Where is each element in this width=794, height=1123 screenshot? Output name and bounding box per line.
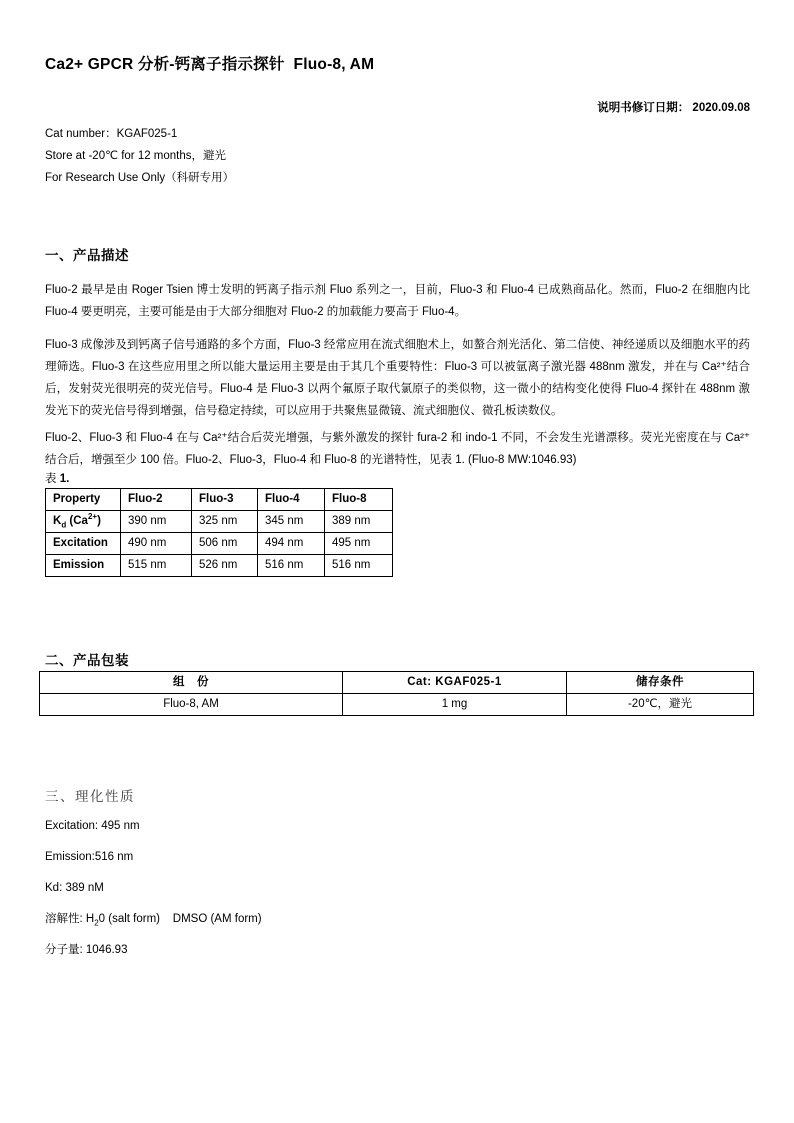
table1-excitation-fluo4: 494 nm — [258, 533, 325, 555]
kd-label-superscript: 2+ — [88, 512, 97, 521]
table-row: Emission 515 nm 526 nm 516 nm 516 nm — [46, 555, 393, 577]
phys-solubility: 溶解性: H20 (salt form) DMSO (AM form) — [45, 912, 750, 927]
table1-header-fluo4: Fluo-4 — [258, 489, 325, 511]
section2-heading: 二、产品包装 — [45, 651, 750, 670]
table1-header-fluo3: Fluo-3 — [192, 489, 258, 511]
table2-storage: -20℃，避光 — [567, 694, 754, 716]
table1-caption: 表 1. — [45, 472, 750, 487]
table2-amount: 1 mg — [343, 694, 567, 716]
document-page: Ca2+ GPCR 分析-钙离子指示探针 Fluo-8, AM 说明书修订日期：… — [0, 0, 794, 1123]
phys-emission: Emission:516 nm — [45, 850, 750, 865]
table1-emission-label: Emission — [46, 555, 121, 577]
table-row: Property Fluo-2 Fluo-3 Fluo-4 Fluo-8 — [46, 489, 393, 511]
table1-caption-prefix: 表 — [45, 473, 60, 485]
table-row: Kd (Ca2+) 390 nm 325 nm 345 nm 389 nm — [46, 511, 393, 533]
product-meta: Cat number：KGAF025-1 Store at -20℃ for 1… — [45, 123, 750, 189]
table2-header-component: 组 份 — [40, 672, 343, 694]
table1-header-fluo8: Fluo-8 — [325, 489, 393, 511]
section1-paragraph-2: Fluo-3 成像涉及到钙离子信号通路的多个方面，Fluo-3 经常应用在流式细… — [45, 334, 750, 422]
page-title: Ca2+ GPCR 分析-钙离子指示探针 Fluo-8, AM — [45, 0, 750, 76]
table2-component: Fluo-8, AM — [40, 694, 343, 716]
research-use-only: For Research Use Only（科研专用） — [45, 167, 750, 189]
spectral-properties-table: Property Fluo-2 Fluo-3 Fluo-4 Fluo-8 Kd … — [45, 488, 393, 577]
section1-heading: 一、产品描述 — [45, 246, 750, 266]
table-row: Excitation 490 nm 506 nm 494 nm 495 nm — [46, 533, 393, 555]
table1-header-property: Property — [46, 489, 121, 511]
solubility-rest: 0 (salt form) DMSO (AM form) — [99, 913, 262, 925]
table1-excitation-fluo8: 495 nm — [325, 533, 393, 555]
table1-emission-fluo3: 526 nm — [192, 555, 258, 577]
kd-label-mid: (Ca — [66, 515, 88, 527]
section1-paragraph-1: Fluo-2 最早是由 Roger Tsien 博士发明的钙离子指示剂 Fluo… — [45, 279, 750, 323]
table1-excitation-fluo2: 490 nm — [121, 533, 192, 555]
packaging-table: 组 份 Cat: KGAF025-1 储存条件 Fluo-8, AM 1 mg … — [39, 671, 754, 716]
table1-caption-number: 1. — [60, 473, 70, 485]
table1-emission-fluo4: 516 nm — [258, 555, 325, 577]
table1-excitation-label: Excitation — [46, 533, 121, 555]
phys-excitation: Excitation: 495 nm — [45, 819, 750, 834]
table1-excitation-fluo3: 506 nm — [192, 533, 258, 555]
cat-number: Cat number：KGAF025-1 — [45, 123, 750, 145]
phys-kd: Kd: 389 nM — [45, 881, 750, 896]
solubility-prefix: 溶解性: H — [45, 913, 94, 925]
table1-kd-fluo2: 390 nm — [121, 511, 192, 533]
table2-header-cat: Cat: KGAF025-1 — [343, 672, 567, 694]
table1-header-fluo2: Fluo-2 — [121, 489, 192, 511]
table1-emission-fluo8: 516 nm — [325, 555, 393, 577]
table1-emission-fluo2: 515 nm — [121, 555, 192, 577]
table-row: Fluo-8, AM 1 mg -20℃，避光 — [40, 694, 754, 716]
kd-label-end: ) — [97, 515, 101, 527]
table1-kd-label: Kd (Ca2+) — [46, 511, 121, 533]
section1-paragraph-3: Fluo-2、Fluo-3 和 Fluo-4 在与 Ca²⁺结合后荧光增强，与紫… — [45, 427, 750, 471]
phys-molecular-weight: 分子量: 1046.93 — [45, 943, 750, 958]
section3-heading: 三、理化性质 — [45, 787, 750, 806]
table1-kd-fluo4: 345 nm — [258, 511, 325, 533]
table1-kd-fluo8: 389 nm — [325, 511, 393, 533]
table1-kd-fluo3: 325 nm — [192, 511, 258, 533]
revision-date: 说明书修订日期： 2020.09.08 — [45, 101, 750, 116]
storage-condition: Store at -20℃ for 12 months，避光 — [45, 145, 750, 167]
table2-header-storage: 储存条件 — [567, 672, 754, 694]
table-row: 组 份 Cat: KGAF025-1 储存条件 — [40, 672, 754, 694]
